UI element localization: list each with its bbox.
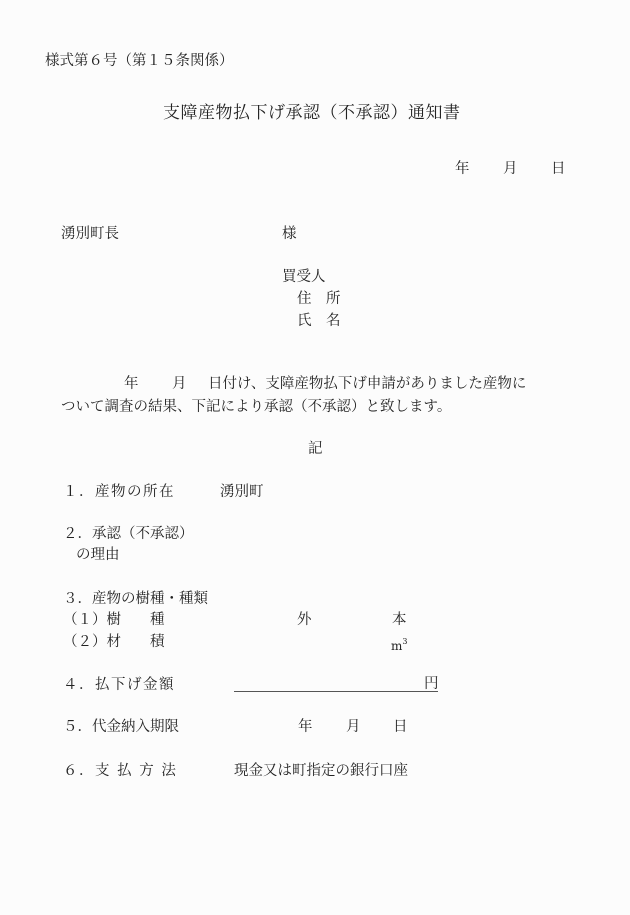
item1-label: １．産物の所在 bbox=[63, 483, 175, 501]
item4-unit: 円 bbox=[424, 675, 439, 693]
issue-date-day: 日 bbox=[551, 160, 566, 178]
item3-label: ３．産物の樹種・種類 bbox=[63, 590, 208, 608]
item3-sub1-label: （１）樹 種 bbox=[63, 611, 165, 629]
item5-day: 日 bbox=[393, 718, 408, 736]
item6-label: ６．支 払 方 法 bbox=[63, 762, 177, 780]
volume-unit-superscript: 3 bbox=[402, 637, 407, 646]
volume-unit: m bbox=[391, 639, 402, 653]
item3-sub1-unit: 本 bbox=[392, 611, 407, 629]
form-number: 様式第６号（第１５条関係） bbox=[45, 52, 234, 70]
addressee-honorific: 様 bbox=[282, 225, 297, 243]
body-year: 年 bbox=[124, 375, 139, 393]
item2-label-cont: の理由 bbox=[76, 546, 120, 564]
body-month: 月 bbox=[172, 375, 187, 393]
item5-year: 年 bbox=[298, 718, 313, 736]
item5-label: ５．代金納入期限 bbox=[63, 718, 179, 736]
item3-sub1-mid: 外 bbox=[297, 611, 312, 629]
item4-amount-underline bbox=[234, 691, 438, 692]
body-line2: ついて調査の結果、下記により承認（不承認）と致します。 bbox=[61, 398, 451, 416]
buyer-label: 買受人 bbox=[282, 268, 326, 286]
item3-sub2-unit: m3 bbox=[391, 633, 407, 655]
ki-heading: 記 bbox=[308, 440, 323, 458]
item5-month: 月 bbox=[346, 718, 361, 736]
document-title: 支障産物払下げ承認（不承認）通知書 bbox=[163, 104, 461, 122]
item6-value: 現金又は町指定の銀行口座 bbox=[234, 762, 408, 780]
body-line1: 日付け、支障産物払下げ申請がありました産物に bbox=[208, 375, 526, 393]
item2-label: ２．承認（不承認） bbox=[63, 525, 194, 543]
item4-label: ４．払下げ金額 bbox=[63, 676, 175, 694]
issue-date-month: 月 bbox=[503, 160, 518, 178]
issue-date-year: 年 bbox=[455, 160, 470, 178]
buyer-name-label: 氏 名 bbox=[297, 312, 341, 330]
item1-value: 湧別町 bbox=[220, 483, 264, 501]
buyer-address-label: 住 所 bbox=[297, 290, 341, 308]
item3-sub2-label: （２）材 積 bbox=[63, 633, 165, 651]
addressee-name: 湧別町長 bbox=[61, 225, 119, 243]
